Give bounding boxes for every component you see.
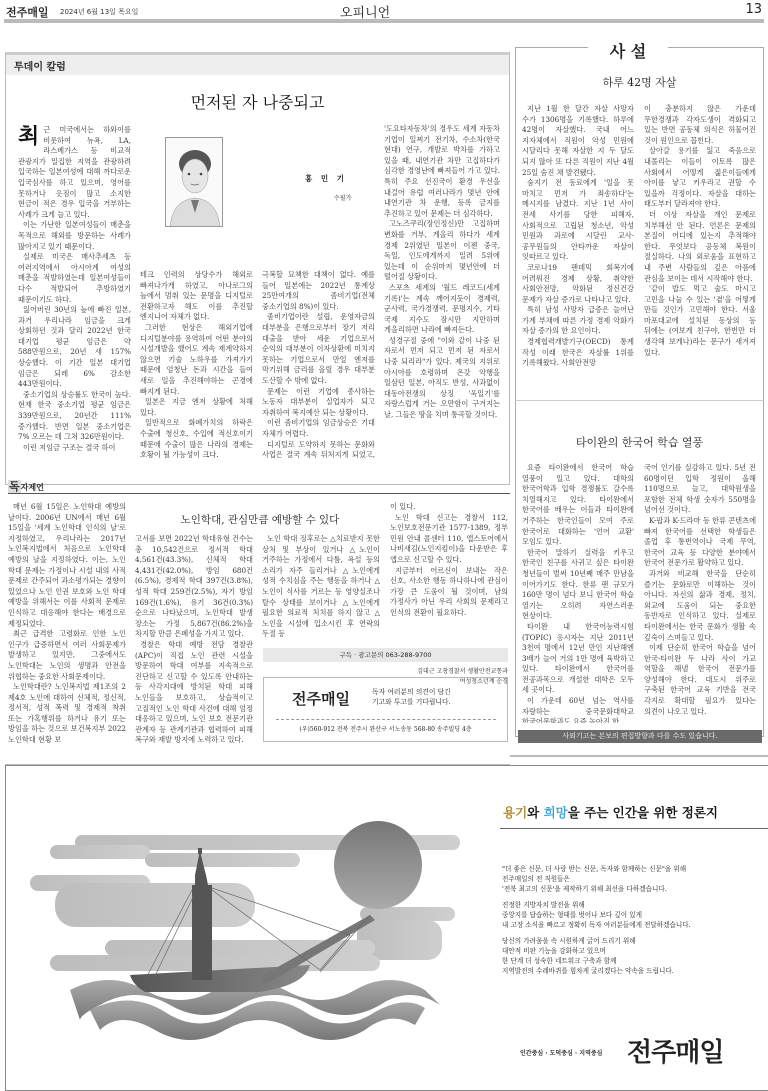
portrait-icon bbox=[166, 138, 223, 227]
today-column-header bbox=[6, 55, 509, 75]
reader-title: 노인학대, 관심만큼 예방할 수 있다 bbox=[130, 512, 390, 527]
reader-rule bbox=[8, 493, 510, 494]
promo-logo: 전주매일 bbox=[627, 1032, 723, 1069]
today-column-col4: '도요타자동차'의 경우도 세계 자동차 기업이 일찌기 전기차, 수소차(한국… bbox=[384, 124, 500, 464]
promo-headline: 용기와 희망을 주는 인간을 위한 정론지 bbox=[503, 803, 718, 821]
submission-divider bbox=[276, 719, 496, 720]
reader-col3: 노인 학대 징후로는 △치료받지 못한 상처 및 부상이 있거나 △노인이 거주… bbox=[262, 534, 380, 644]
today-column-col2: 테크 인력의 상당수가 해외로 빠져나가게 하였고, 아나로그의 늪에서 멈춰 … bbox=[140, 270, 253, 460]
promo-body: "더 좋은 신문, 더 사랑 받는 신문, 독자와 함께하는 신문"을 위해 전… bbox=[502, 864, 762, 982]
paper-logo: 전주매일 bbox=[6, 4, 49, 20]
page-number: 13 bbox=[745, 2, 762, 17]
reader-col2: 고서를 보면 2022년 학대유형 건수는 총 10,542건으로 정서적 학대… bbox=[135, 534, 253, 756]
drop-cap: 최 bbox=[18, 125, 39, 147]
editorial-title-2: 타이완의 한국어 학습 열풍 bbox=[515, 434, 764, 450]
editorial-separator bbox=[515, 400, 764, 401]
editorial1-col1: 지난 1월 한 달간 자살 사망자 수가 1306명을 기록했다. 하루에 42… bbox=[522, 104, 634, 400]
editorial2-col2: 국어 인기를 실감하고 있다. 5년 전 60명이던 입학 정원이 올해 110… bbox=[644, 463, 756, 723]
editorial-rule-left bbox=[515, 47, 588, 48]
promo-rule bbox=[500, 828, 768, 829]
today-column-label: 투데이 칼럼 bbox=[14, 58, 66, 73]
editorial-title-1: 하루 42명 자살 bbox=[515, 74, 764, 90]
disclaimer-notice: 사외기고는 본보의 편집방향과 다를 수도 있습니다. bbox=[518, 730, 762, 743]
editorial-label: 사 설 bbox=[590, 39, 666, 62]
today-column-col3: 극복할 묘책한 대책이 없다. 예를 들어 일본에는 2022년 통계상 25만… bbox=[262, 270, 375, 460]
editorial1-col2: 이 충분하지 않은 가운데 무한경쟁과 각자도생이 격화되고 있는 반면 공동체… bbox=[644, 104, 756, 400]
subscription-bar: 구독 · 광고문의 063-288-9700 bbox=[263, 648, 508, 662]
submission-logo: 전주매일 bbox=[292, 688, 350, 709]
sailboat-illustration-icon bbox=[20, 780, 490, 1080]
submission-message: 독자 여러분의 의견이 담긴 기고와 투고를 기다립니다. bbox=[372, 687, 451, 707]
masthead-rule bbox=[4, 19, 764, 23]
notice-bottom-rule bbox=[510, 755, 768, 757]
author-role: 수필가 bbox=[334, 193, 351, 202]
issue-date: 2024년 6월 13일 목요일 bbox=[60, 7, 138, 17]
office-address: (우)560-912 전북 전주시 완산구 서노송동 568-80 송주빌딩 4… bbox=[263, 724, 508, 733]
masthead: 전주매일 2024년 6월 13일 목요일 오피니언 13 bbox=[0, 0, 768, 24]
author-photo bbox=[165, 137, 223, 227]
editorial2-col1: 요즘 타이완에서 한국어 학습 열풍이 일고 있다. 대학의 한국어학과 입학 … bbox=[522, 463, 634, 723]
promo-slogan: 인간중심 · 도덕중심 · 지역중심 bbox=[520, 1048, 602, 1057]
editorial-rule-right bbox=[668, 47, 764, 48]
reader-opinion-label: 독자제언 bbox=[8, 478, 44, 494]
reader-col1: 매년 6월 15일은 노인학대 예방의 날이다. 2006년 UN에서 매년 6… bbox=[8, 502, 126, 757]
today-column-title: 먼저된 자 나중되고 bbox=[5, 90, 510, 113]
reader-col4: 이 있다. 노인 학대 신고는 경찰서 112, 노인보호전문기관 1577-1… bbox=[390, 502, 508, 667]
author-name: 홍 민 기 bbox=[305, 173, 347, 184]
today-column-col1: 최근 미국에서는 하와이를 비롯하여 뉴욕, LA, 라스베가스 등 비교적 관… bbox=[18, 125, 131, 460]
